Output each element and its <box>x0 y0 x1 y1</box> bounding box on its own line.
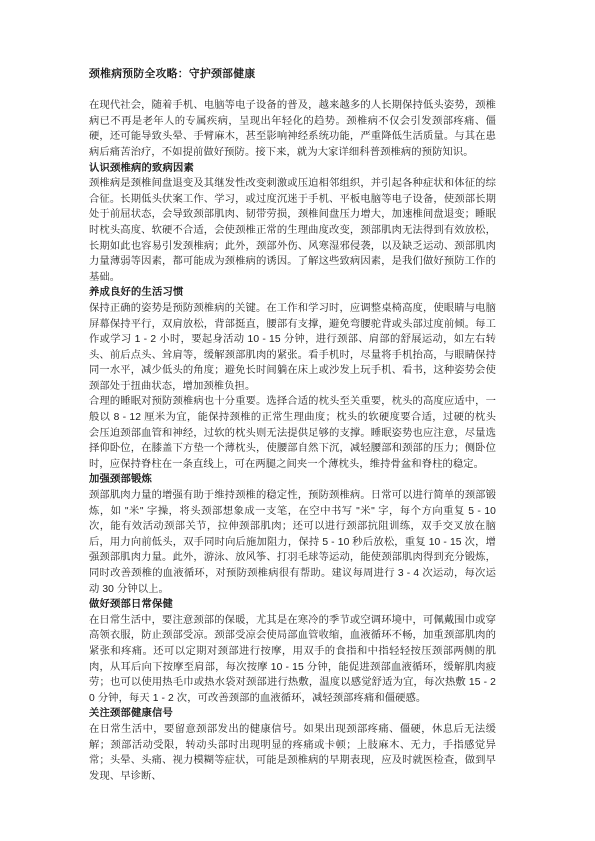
section-heading: 养成良好的生活习惯 <box>89 285 496 301</box>
section-heading: 加强颈部锻炼 <box>89 472 496 488</box>
paragraph: 颈部肌肉力量的增强有助于维持颈椎的稳定性，预防颈椎病。日常可以进行简单的颈部锻炼… <box>89 488 496 597</box>
paragraph: 保持正确的姿势是预防颈椎病的关键。在工作和学习时，应调整桌椅高度，使眼睛与电脑屏… <box>89 301 496 395</box>
section-heading: 认识颈椎病的致病因素 <box>89 161 496 177</box>
section-heading: 关注颈部健康信号 <box>89 706 496 722</box>
paragraph: 在日常生活中，要注意颈部的保暖，尤其是在寒冷的季节或空调环境中，可佩戴围巾或穿高… <box>89 613 496 707</box>
paragraph: 在现代社会，随着手机、电脑等电子设备的普及，越来越多的人长期保持低头姿势，颈椎病… <box>89 98 496 160</box>
paragraph: 颈椎病是颈椎间盘退变及其继发性改变刺激或压迫相邻组织，并引起各种症状和体征的综合… <box>89 176 496 285</box>
document-page: 颈椎病预防全攻略：守护颈部健康 在现代社会，随着手机、电脑等电子设备的普及，越来… <box>0 0 595 841</box>
paragraph: 合理的睡眠对预防颈椎病也十分重要。选择合适的枕头至关重要，枕头的高度应适中，一般… <box>89 394 496 472</box>
paragraph: 在日常生活中，要留意颈部发出的健康信号。如果出现颈部疼痛、僵硬，休息后无法缓解；… <box>89 722 496 784</box>
section-heading: 做好颈部日常保健 <box>89 597 496 613</box>
document-title: 颈椎病预防全攻略：守护颈部健康 <box>89 67 496 83</box>
document-body: 在现代社会，随着手机、电脑等电子设备的普及，越来越多的人长期保持低头姿势，颈椎病… <box>89 98 496 784</box>
